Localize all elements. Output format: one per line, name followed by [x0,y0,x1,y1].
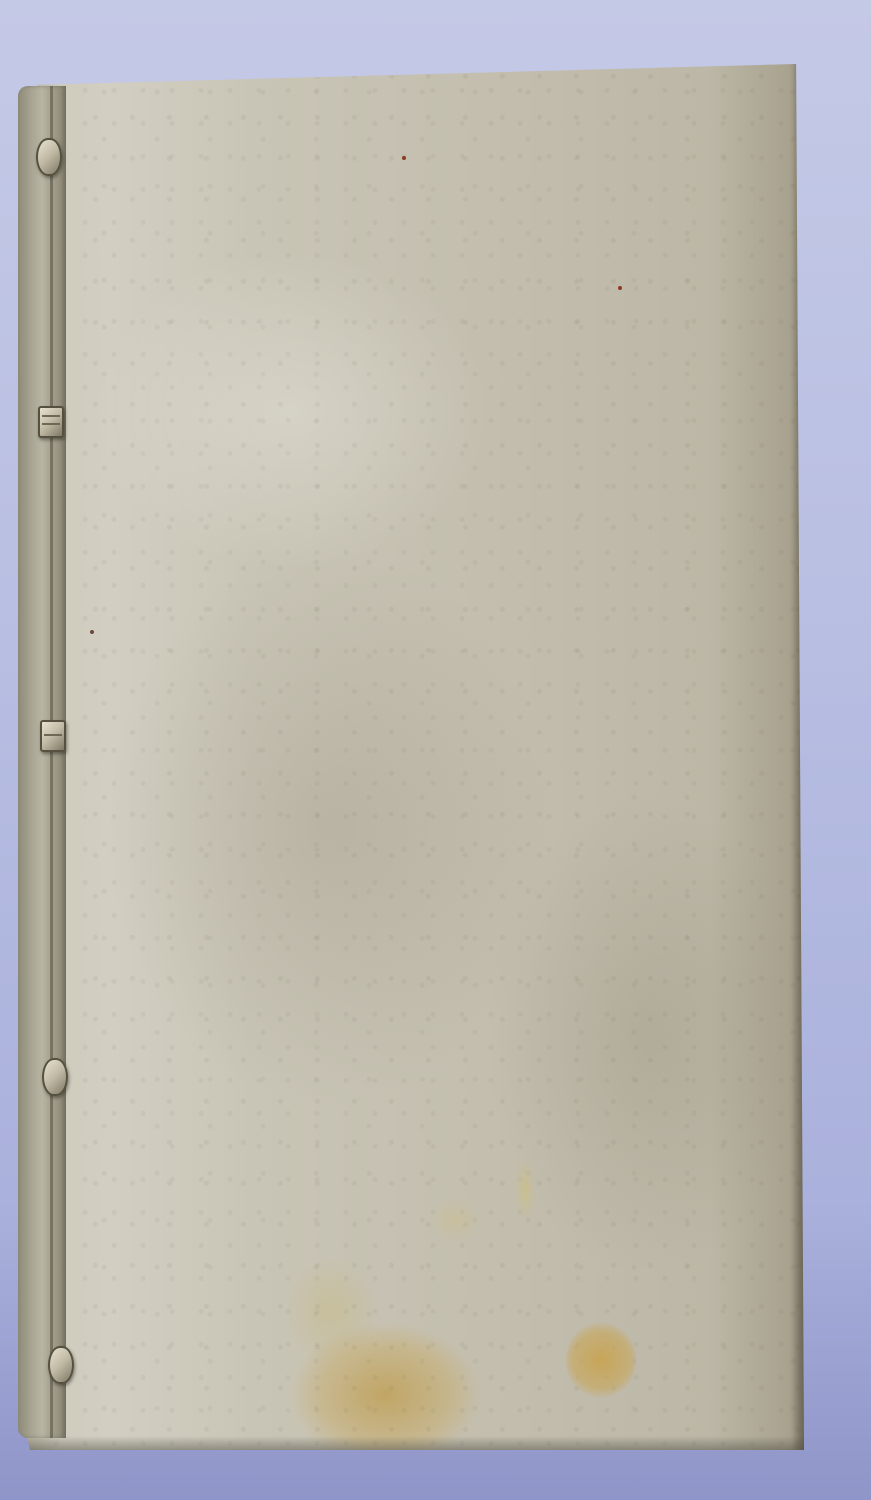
faint-yellow-mark [430,1200,480,1240]
red-dot [402,156,406,160]
thong-tie-middle [40,720,66,752]
book-spine [18,86,66,1438]
thong-tie-top [36,138,62,176]
faint-yellow-mark [515,1160,535,1220]
thong-tie-lower [42,1058,68,1096]
thong-tie-bottom [48,1346,74,1384]
dark-dot [90,630,94,634]
vellum-texture [14,64,804,1450]
book-cover [14,64,804,1450]
spine-crease [50,86,53,1438]
red-dot [618,286,622,290]
bottom-edge-shadow [14,1436,804,1450]
photo-scene [0,0,871,1500]
fore-edge-shadow [792,64,804,1450]
thong-tie-upper [38,406,64,438]
yellow-stain [566,1322,636,1398]
